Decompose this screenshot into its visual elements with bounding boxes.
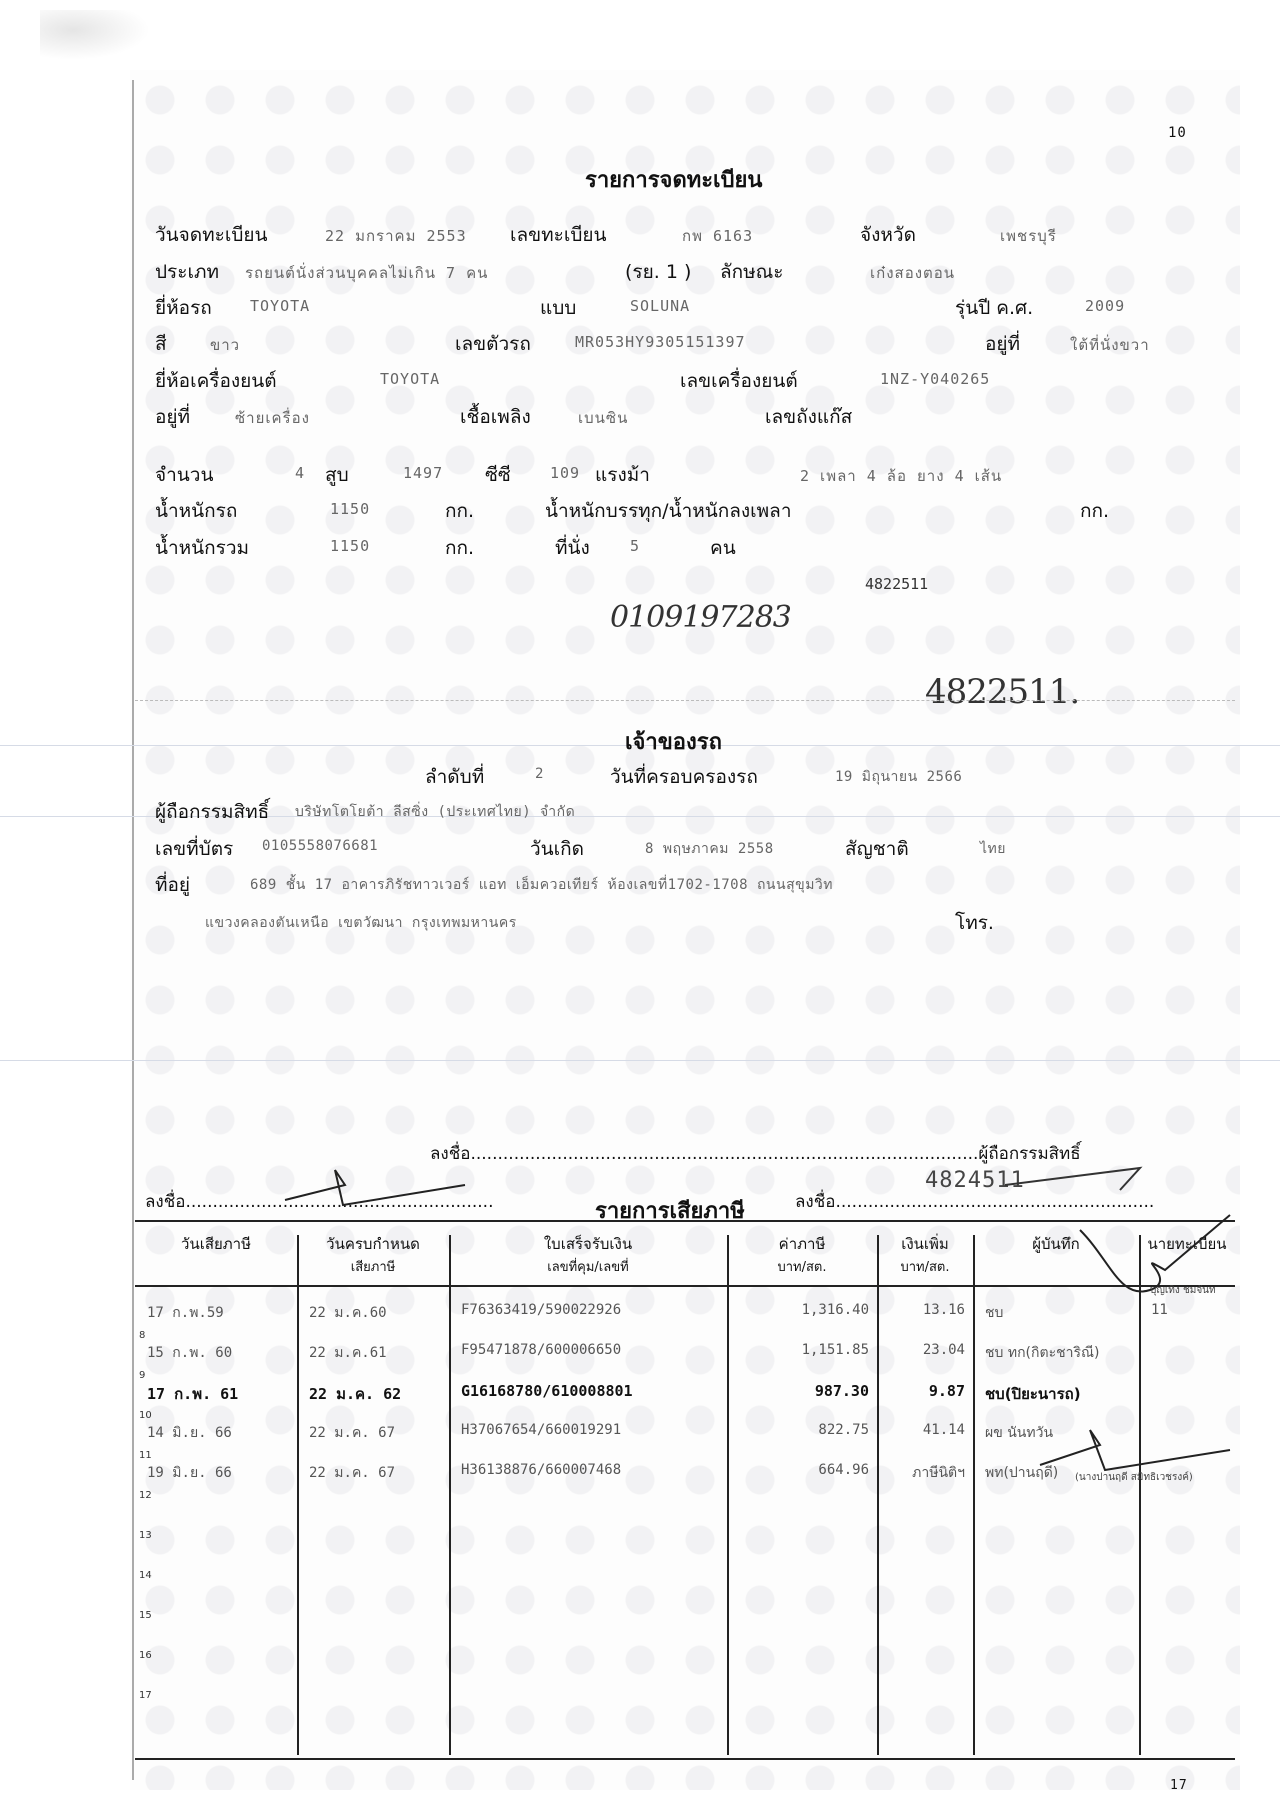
tax-header-3: ค่าภาษีบาท/สต.	[727, 1232, 877, 1277]
page-number-bottom: 17	[1170, 1778, 1188, 1793]
cell-receipt: H37067654/660019291	[461, 1422, 621, 1438]
reg-seats: 5	[630, 537, 640, 555]
reg-engine-loc: ซ้ายเครื่อง	[235, 406, 310, 430]
tax-header-line2: บาท/สต.	[727, 1256, 877, 1277]
reg-persons: คน	[710, 533, 736, 563]
row-number: 12	[139, 1490, 152, 1501]
cell-due: 22 ม.ค. 62	[309, 1382, 401, 1406]
row-number: 15	[139, 1610, 152, 1621]
stamp-number: 4822511	[865, 575, 928, 593]
owner-id: 0105558076681	[262, 838, 378, 854]
reg-chassis: MR053HY9305151397	[575, 333, 746, 351]
reg-cc-label: ซีซี	[485, 460, 511, 490]
reg-chassis-loc: ใต้ที่นั่งขวา	[1070, 333, 1150, 357]
reg-fuel-label: เชื้อเพลิง	[460, 402, 531, 432]
reg-engine-brand-label: ยี่ห้อเครื่องยนต์	[155, 366, 277, 396]
table-row: 815 ก.พ. 6022 ม.ค.61F95471878/6000066501…	[135, 1330, 1235, 1368]
owner-nation: ไทย	[980, 838, 1006, 860]
reg-car-weight: 1150	[330, 500, 370, 518]
reg-brand-label: ยี่ห้อรถ	[155, 293, 212, 323]
row-number: 10	[139, 1410, 152, 1421]
reg-total-weight: 1150	[330, 537, 370, 555]
row-number: 11	[139, 1450, 152, 1461]
reg-seats-label: ที่นั่ง	[555, 533, 590, 563]
reg-body: เก๋งสองตอน	[870, 261, 955, 285]
cell-receipt: F76363419/590022926	[461, 1302, 621, 1318]
cell-paid: 15 ก.พ. 60	[147, 1342, 232, 1364]
stamp-scribble	[1000, 1160, 1150, 1200]
table-row: 17	[135, 1690, 1235, 1728]
reg-cc: 1497	[403, 464, 443, 482]
reg-gas-tank-label: เลขถังแก๊ส	[765, 402, 852, 432]
owner-possession-date: 19 มิถุนายน 2566	[835, 766, 962, 788]
cell-receipt: G16168780/610008801	[461, 1382, 633, 1400]
reg-plate-label: เลขทะเบียน	[510, 220, 607, 250]
reg-color: ขาว	[210, 333, 240, 357]
reg-kg2: กก.	[1080, 496, 1109, 526]
reg-fuel: เบนซิน	[578, 406, 628, 430]
reg-model: SOLUNA	[630, 297, 690, 315]
reg-year-label: รุ่นปี ค.ศ.	[955, 293, 1033, 323]
row-number: 16	[139, 1650, 152, 1661]
owner-order-label: ลำดับที่	[425, 762, 484, 792]
cell-extra: 23.04	[923, 1342, 965, 1358]
row-number: 8	[139, 1330, 145, 1341]
reg-kg1: กก.	[445, 496, 474, 526]
cell-recorder: ชบ ทก(กิตะชาริณี)	[985, 1342, 1099, 1364]
reg-chassis-loc-label: อยู่ที่	[985, 329, 1020, 359]
cell-extra: 9.87	[929, 1382, 965, 1400]
reg-engine-no-label: เลขเครื่องยนต์	[680, 366, 798, 396]
cell-tax: 664.96	[818, 1462, 869, 1478]
reg-count-label: จำนวน	[155, 460, 213, 490]
owner-birth-label: วันเกิด	[530, 834, 584, 864]
table-row: 15	[135, 1610, 1235, 1648]
page-edge-line	[132, 80, 134, 1780]
table-row: 14	[135, 1570, 1235, 1608]
owner-holder: บริษัทโตโยต้า ลีสซิ่ง (ประเทศไทย) จำกัด	[295, 801, 575, 823]
reg-hp: 109	[550, 464, 580, 482]
reg-hp-label: แรงม้า	[595, 460, 650, 490]
tax-header-line1: ใบเสร็จรับเงิน	[449, 1232, 727, 1256]
row-number: 14	[139, 1570, 152, 1581]
cell-paid: 17 ก.พ.59	[147, 1302, 224, 1324]
reg-load-label: น้ำหนักบรรทุก/น้ำหนักลงเพลา	[545, 496, 792, 526]
cell-receipt: H36138876/660007468	[461, 1462, 621, 1478]
tax-header-4: เงินเพิ่มบาท/สต.	[877, 1232, 973, 1277]
reg-model-label: แบบ	[540, 293, 576, 323]
owner-birth: 8 พฤษภาคม 2558	[645, 838, 774, 860]
registrar-signature	[1070, 1210, 1240, 1320]
page-number-top: 10	[1168, 125, 1187, 141]
reg-province: เพชรบุรี	[1000, 224, 1057, 248]
cell-due: 22 ม.ค.61	[309, 1342, 387, 1364]
tax-header-line1: เงินเพิ่ม	[877, 1232, 973, 1256]
table-row: 917 ก.พ. 6122 ม.ค. 62G16168780/610008801…	[135, 1370, 1235, 1408]
table-row: 12	[135, 1490, 1235, 1528]
section-divider	[135, 700, 1235, 701]
handwritten-number: 0109197283	[610, 600, 791, 635]
owner-title: เจ้าของรถ	[625, 724, 722, 759]
tax-header-line2: บาท/สต.	[877, 1256, 973, 1277]
owner-order: 2	[535, 766, 544, 782]
owner-possession-label: วันที่ครอบครองรถ	[610, 762, 758, 792]
table-row: 13	[135, 1530, 1235, 1568]
tax-header-0: วันเสียภาษี	[135, 1232, 297, 1256]
reg-reg-date-label: วันจดทะเบียน	[155, 220, 268, 250]
tax-header-line2: เลขที่คุม/เลขที่	[449, 1256, 727, 1277]
reg-car-weight-label: น้ำหนักรถ	[155, 496, 237, 526]
reg-engine-loc-label: อยู่ที่	[155, 402, 190, 432]
registration-title: รายการจดทะเบียน	[585, 162, 762, 197]
reg-province-label: จังหวัด	[860, 220, 916, 250]
tax-header-2: ใบเสร็จรับเงินเลขที่คุม/เลขที่	[449, 1232, 727, 1277]
owner-holder-label: ผู้ถือกรรมสิทธิ์	[155, 797, 269, 827]
tax-header-1: วันครบกำหนดเสียภาษี	[297, 1232, 449, 1277]
owner-nation-label: สัญชาติ	[845, 834, 909, 864]
cell-extra: 13.16	[923, 1302, 965, 1318]
reg-engine-brand: TOYOTA	[380, 370, 440, 388]
cell-tax: 1,151.85	[802, 1342, 869, 1358]
tax-header-line1: ค่าภาษี	[727, 1232, 877, 1256]
owner-address-label: ที่อยู่	[155, 870, 190, 900]
cell-extra: 41.14	[923, 1422, 965, 1438]
officer-signature	[275, 1165, 475, 1215]
scan-smudge	[40, 10, 150, 60]
cell-receipt: F95471878/600006650	[461, 1342, 621, 1358]
cell-tax: 1,316.40	[802, 1302, 869, 1318]
registrar-note: (นางปานฤดี สมิทธิเวชรงค์)	[1075, 1470, 1193, 1485]
reg-chassis-label: เลขตัวรถ	[455, 329, 531, 359]
reg-kg3: กก.	[445, 533, 474, 563]
reg-axles: 2 เพลา 4 ล้อ ยาง 4 เส้น	[800, 464, 1002, 488]
registrar-note-2: บุญเทิง ชมจันท	[1150, 1283, 1216, 1298]
cell-paid: 19 มิ.ย. 66	[147, 1462, 232, 1484]
row-number: 9	[139, 1370, 145, 1381]
reg-brand: TOYOTA	[250, 297, 310, 315]
cell-due: 22 ม.ค. 67	[309, 1422, 395, 1444]
cell-tax: 987.30	[815, 1382, 869, 1400]
cell-extra: ภาษีนิติฯ	[912, 1462, 965, 1484]
reg-total-weight-label: น้ำหนักรวม	[155, 533, 249, 563]
reg-cyl-label: สูบ	[325, 460, 349, 490]
owner-address2: แขวงคลองตันเหนือ เขตวัฒนา กรุงเทพมหานคร	[205, 912, 517, 934]
reg-plate: กพ 6163	[682, 224, 753, 248]
reg-type-code: (รย. 1 )	[625, 257, 691, 287]
reg-type: รถยนต์นั่งส่วนบุคคลไม่เกิน 7 คน	[245, 261, 488, 285]
tax-header-line1: วันเสียภาษี	[135, 1232, 297, 1256]
reg-year: 2009	[1085, 297, 1125, 315]
cell-due: 22 ม.ค.60	[309, 1302, 387, 1324]
holder-signature-line: ลงชื่อ..................................…	[430, 1140, 1081, 1167]
table-row: 16	[135, 1650, 1235, 1688]
cell-recorder: ชบ(ปิยะนารถ)	[985, 1382, 1081, 1406]
owner-phone-label: โทร.	[955, 908, 994, 938]
cell-tax: 822.75	[818, 1422, 869, 1438]
cell-recorder: ชบ	[985, 1302, 1003, 1324]
reg-body-label: ลักษณะ	[720, 257, 784, 287]
reg-engine-no: 1NZ-Y040265	[880, 370, 990, 388]
reg-cylinders: 4	[295, 464, 305, 482]
cell-due: 22 ม.ค. 67	[309, 1462, 395, 1484]
reg-reg-date: 22 มกราคม 2553	[325, 224, 467, 248]
owner-id-label: เลขที่บัตร	[155, 834, 233, 864]
reg-type-label: ประเภท	[155, 257, 219, 287]
tax-header-line1: วันครบกำหนด	[297, 1232, 449, 1256]
big-stamp-number: 4822511.	[925, 672, 1079, 712]
scan-line	[0, 1060, 1280, 1061]
row-number: 17	[139, 1690, 152, 1701]
cell-paid: 17 ก.พ. 61	[147, 1382, 238, 1406]
tax-header-line2: เสียภาษี	[297, 1256, 449, 1277]
row-number: 13	[139, 1530, 152, 1541]
reg-color-label: สี	[155, 329, 167, 359]
owner-address1: 689 ชั้น 17 อาคารภิรัชทาวเวอร์ แอท เอ็มค…	[250, 874, 833, 896]
cell-paid: 14 มิ.ย. 66	[147, 1422, 232, 1444]
